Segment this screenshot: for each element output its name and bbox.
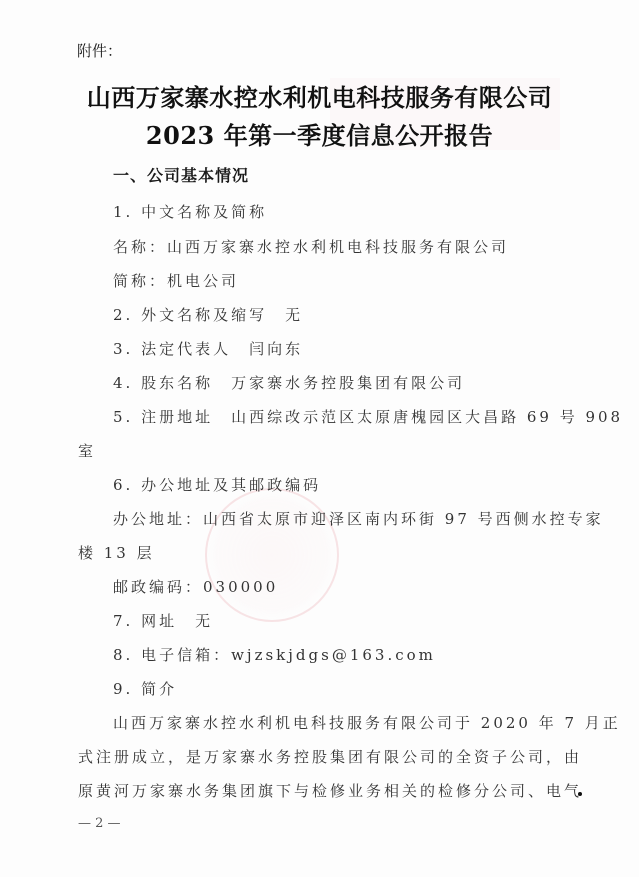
legal-rep-line: 3. 法定代表人 闫向东 [113,338,303,359]
intro-paragraph-line3: 原黄河万家寨水务集团旗下与检修业务相关的检修分公司、电气 [78,780,582,801]
shareholder-line: 4. 股东名称 万家寨水务控股集团有限公司 [113,372,465,393]
website-line: 7. 网址 无 [113,610,213,631]
email-line: 8. 电子信箱：wjzskjdgs@163.com [113,644,436,665]
intro-heading: 9. 简介 [113,678,177,699]
registered-address-line: 5. 注册地址 山西综改示范区太原唐槐园区大昌路 69 号 908 [113,406,623,427]
office-address-line: 办公地址：山西省太原市迎泽区南内环街 97 号西侧水控专家 [113,508,604,529]
page-number: — 2 — [78,816,121,831]
scan-dot-mark [578,792,582,796]
office-address-cont: 楼 13 层 [78,542,155,563]
postal-code-line: 邮政编码：030000 [113,576,278,597]
document-title-line2: 2023 年第一季度信息公开报告 [0,116,639,151]
document-page: 附件： 山西万家寨水控水利机电科技服务有限公司 2023 年第一季度信息公开报告… [0,0,639,877]
short-name-line: 简称：机电公司 [113,270,239,291]
office-address-heading: 6. 办公地址及其邮政编码 [113,474,321,495]
section-heading: 一、公司基本情况 [113,163,249,186]
document-title-line1: 山西万家寨水控水利机电科技服务有限公司 [0,78,639,113]
intro-paragraph-line2: 式注册成立，是万家寨水务控股集团有限公司的全资子公司，由 [78,746,582,767]
foreign-name-line: 2. 外文名称及缩写 无 [113,304,303,325]
registered-address-cont: 室 [78,440,96,461]
intro-paragraph-line1: 山西万家寨水控水利机电科技服务有限公司于 2020 年 7 月正 [113,712,621,733]
attachment-label: 附件： [77,40,122,61]
full-name-line: 名称：山西万家寨水控水利机电科技服务有限公司 [113,236,509,257]
item-chinese-name-heading: 1. 中文名称及简称 [113,201,267,222]
